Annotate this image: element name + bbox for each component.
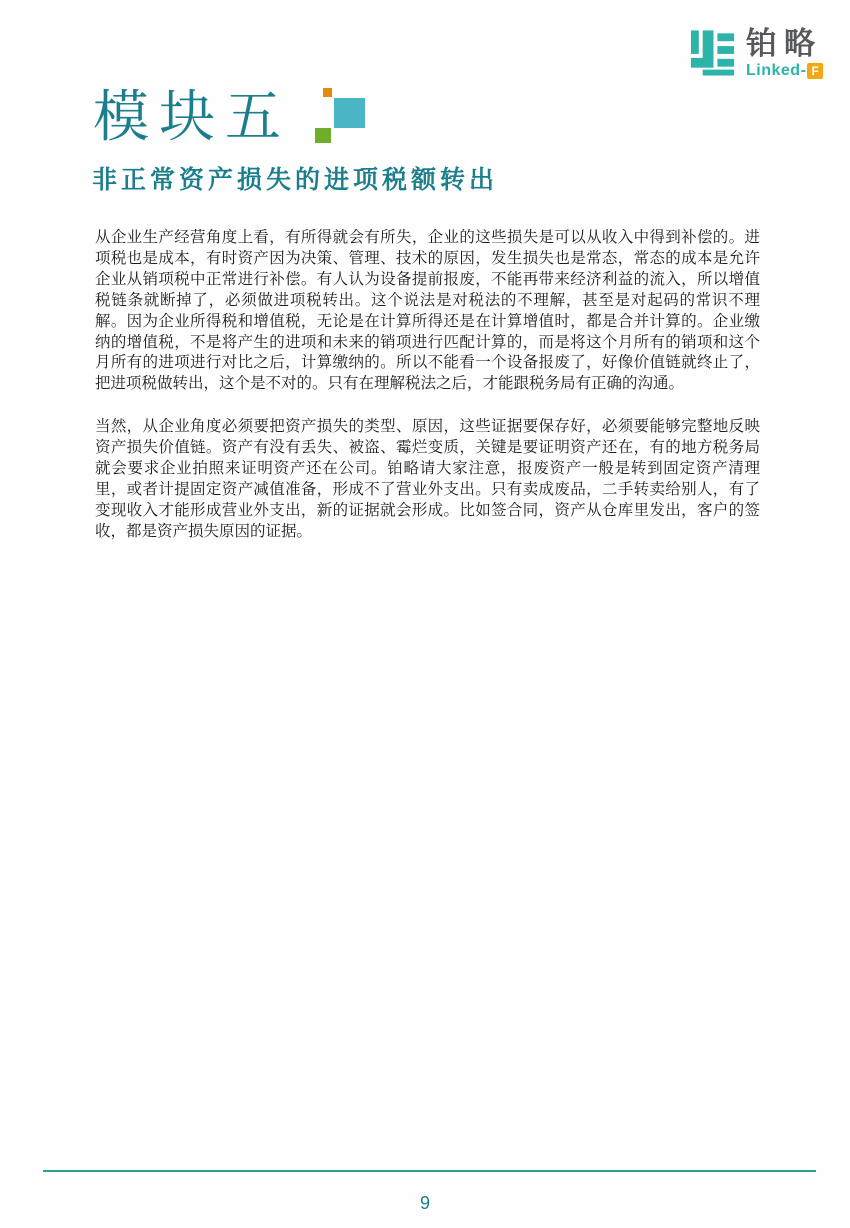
page-number: 9 [0,1193,850,1214]
logo-brand-cn: 铂略 [746,28,823,59]
module-subtitle: 非正常资产损失的进项税额转出 [92,160,498,196]
logo-text: 铂略 Linked- F [746,26,823,79]
logo-brand-en-text: Linked- [746,63,806,79]
module-title: 模块五 [93,88,291,150]
decorative-square-green [315,128,331,143]
linked-f-logo: 铂略 Linked- F [688,26,823,79]
decorative-square-teal [334,98,365,128]
body-text: 从企业生产经营角度上看，有所得就会有所失，企业的这些损失是可以从收入中得到补偿的… [95,228,760,565]
decorative-square-orange [323,88,332,97]
document-page: 铂略 Linked- F 模块五 非正常资产损失的进项税额转出 从企业生产经营角… [0,0,850,1228]
linked-f-logo-icon [688,26,737,76]
paragraph-1: 从企业生产经营角度上看，有所得就会有所失，企业的这些损失是可以从收入中得到补偿的… [95,228,760,395]
logo-f-badge: F [807,63,823,79]
logo-brand-en: Linked- F [746,63,823,79]
footer-divider [43,1170,816,1172]
paragraph-2: 当然，从企业角度必须要把资产损失的类型、原因，这些证据要保存好，必须要能够完整地… [95,417,760,542]
